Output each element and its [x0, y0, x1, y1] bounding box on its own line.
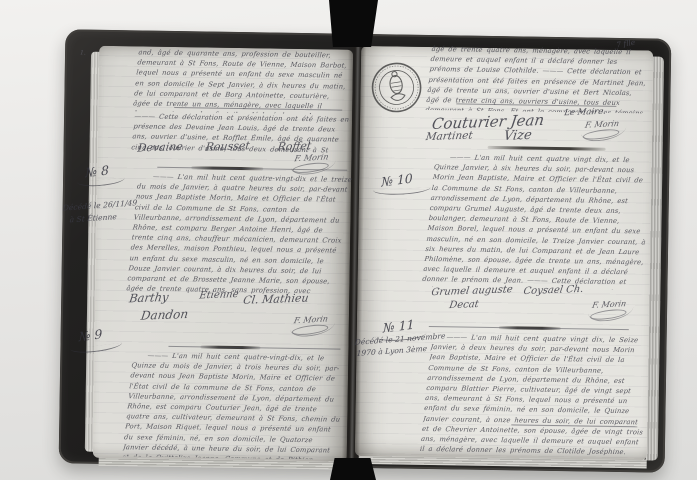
register-book: 1. and, âgé de quarante ans, profession …: [59, 29, 672, 472]
pencil-corner-mark: 1.: [80, 50, 86, 57]
photograph-of-open-register: 1. and, âgé de quarante ans, profession …: [0, 0, 697, 480]
signature-etienne: Etienne: [199, 289, 240, 302]
signature-barthy: Barthy: [128, 290, 169, 306]
signature-vize: Vize: [503, 128, 533, 144]
book-clamp-top: [329, 0, 378, 47]
act10-paragraph: ——— L'an mil huit cent quatre vingt dix,…: [422, 152, 656, 290]
act8-paragraph: ——— L'an mil huit cent quatre-vingt-dix …: [126, 171, 352, 295]
signature-decat: Decat: [448, 299, 479, 311]
official-round-seal-stamp: [366, 57, 428, 119]
signature-dandon: Dandon: [140, 307, 189, 323]
act7-end-paragraph: and, âgé de quarante ans, profession de …: [132, 47, 352, 114]
act9-paragraph: ——— L'an mil huit cent quatre-vingt-dix,…: [122, 350, 349, 459]
closing-le-maire: Le Maire.: [564, 107, 607, 119]
act9-number: № 9: [79, 326, 103, 344]
act8-number: № 8: [85, 162, 109, 180]
signature-roffet: Roffet: [277, 139, 312, 153]
signature-coysael: Coysael Ch.: [523, 284, 584, 297]
act11-paragraph: ——— L'an mil huit cent quatre vingt dix,…: [419, 332, 654, 457]
signature-devaine: Devaine: [137, 140, 184, 155]
signature-cl-mathieu: Cl. Mathieu: [242, 291, 309, 306]
signature-rousset: Rousset: [205, 139, 251, 154]
book-clamp-bottom: [330, 458, 376, 480]
signature-martinet: Martinet: [425, 129, 473, 143]
